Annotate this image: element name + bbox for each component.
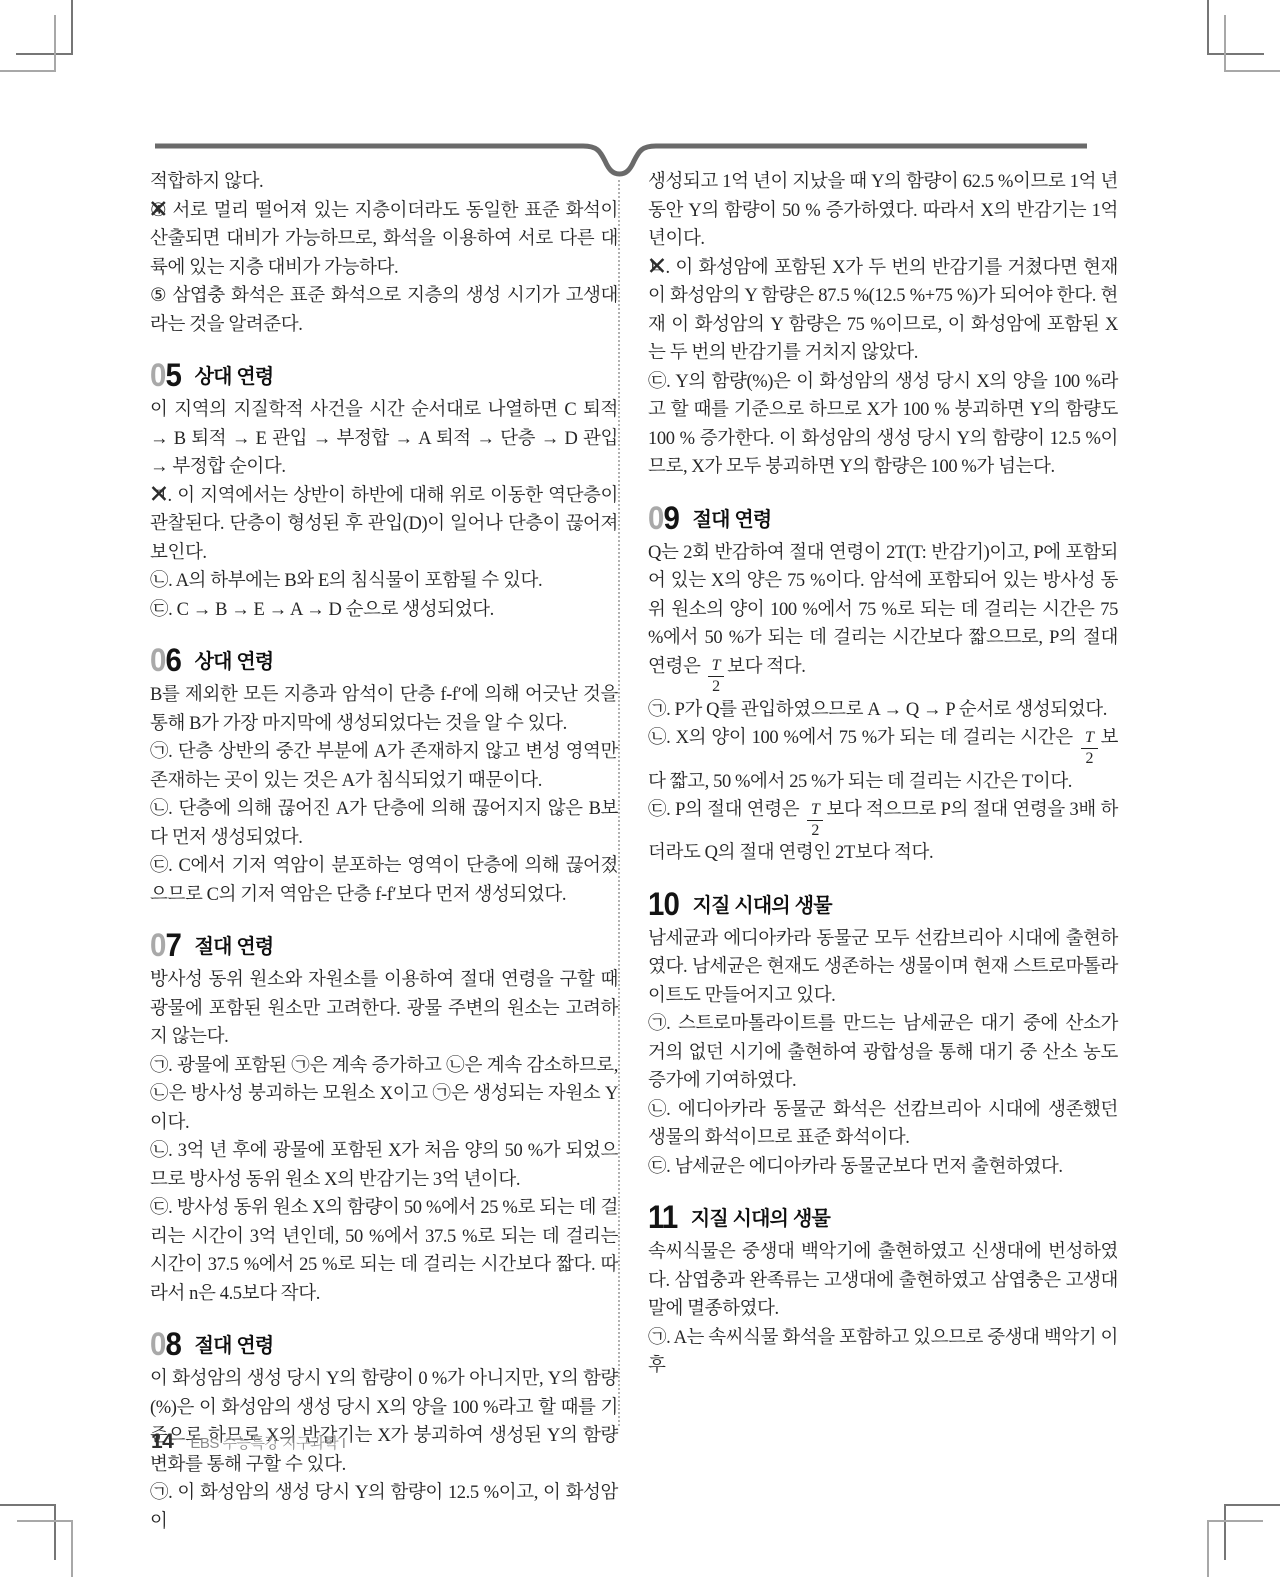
answer-marker: ㉢ [150, 596, 168, 625]
paragraph: B를 제외한 모든 지층과 암석이 단층 f-f′에 의해 어긋난 것을 통해 … [150, 681, 618, 738]
answer-item: ㉢. P의 절대 연령은 T2보다 적으므로 P의 절대 연령을 3배 하더라도… [648, 796, 1118, 868]
section-number: 08 [150, 1330, 181, 1358]
answer-item: ㉡. 3억 년 후에 광물에 포함된 X가 처음 양의 50 %가 되었으므로 … [150, 1137, 618, 1194]
answer-item: ㉠. 스트로마톨라이트를 만드는 남세균은 대기 중에 산소가 거의 없던 시기… [648, 1010, 1118, 1096]
book-title: EBS 수능특강 지구과학 I [190, 1432, 345, 1453]
answer-item: ⑤ 삼엽충 화석은 표준 화석으로 지층의 생성 시기가 고생대라는 것을 알려… [150, 282, 618, 339]
answer-item: ㄱ. 이 지역에서는 상반이 하반에 대해 위로 이동한 역단층이 관찰된다. … [150, 482, 618, 568]
fraction: T2 [1081, 729, 1098, 768]
section-05-header: 05상대 연령 [150, 361, 618, 389]
answer-item: ㉠. A는 속씨식물 화석을 포함하고 있으므로 중생대 백악기 이후 [648, 1324, 1118, 1381]
right-column: 생성되고 1억 년이 지났을 때 Y의 함량이 62.5 %이므로 1억 년 동… [648, 168, 1118, 1381]
answer-marker: ㉢ [150, 1194, 168, 1223]
section-title: 지질 시대의 생물 [691, 1208, 830, 1231]
answer-marker: ㉠ [150, 1052, 168, 1081]
section-10-header: 10지질 시대의 생물 [648, 890, 1118, 918]
section-06-header: 06상대 연령 [150, 646, 618, 674]
column-divider [618, 180, 620, 1426]
answer-marker: ㉡ [150, 795, 168, 824]
page-footer: 14 EBS 수능특강 지구과학 I [151, 1430, 345, 1454]
answer-marker: ㉢ [150, 852, 168, 881]
section-title: 지질 시대의 생물 [693, 895, 832, 918]
paragraph: Q는 2회 반감하여 절대 연령이 2T(T: 반감기)이고, P에 포함되어 … [648, 539, 1118, 696]
workbook-page: 적합하지 않다.④ 서로 멀리 떨어져 있는 지층이더라도 동일한 표준 화석이… [0, 0, 1280, 1577]
answer-item: ㉠. P가 Q를 관입하였으므로 A → Q → P 순서로 생성되었다. [648, 696, 1118, 725]
crossed-out-marker: ㄴ [648, 254, 665, 283]
section-title: 절대 연령 [195, 1335, 274, 1358]
answer-marker: ㉢ [648, 368, 666, 397]
section-number: 10 [648, 890, 679, 918]
section-number: 11 [648, 1203, 677, 1231]
section-08-header: 08절대 연령 [150, 1330, 618, 1358]
fraction: T2 [807, 801, 824, 840]
paragraph: 이 화성암의 생성 당시 Y의 함량이 0 %가 아니지만, Y의 함량(%)은… [150, 1365, 618, 1479]
answer-item: ㉠. 광물에 포함된 ㉠은 계속 증가하고 ㉡은 계속 감소하므로, ㉡은 방사… [150, 1052, 618, 1138]
paragraph: 생성되고 1억 년이 지났을 때 Y의 함량이 62.5 %이므로 1억 년 동… [648, 168, 1118, 254]
answer-marker: ㉡ [648, 1096, 666, 1125]
answer-marker: ㉠ [648, 1324, 666, 1353]
section-title: 절대 연령 [195, 936, 274, 959]
section-09-header: 09절대 연령 [648, 504, 1118, 532]
answer-item: ㉢. C에서 기저 역암이 분포하는 영역이 단층에 의해 끊어졌으므로 C의 … [150, 852, 618, 909]
answer-item: ㉡. 에디아카라 동물군 화석은 선캄브리아 시대에 생존했던 생물의 화석이므… [648, 1096, 1118, 1153]
answer-item: ㄴ. 이 화성암에 포함된 X가 두 번의 반감기를 거쳤다면 현재 이 화성암… [648, 254, 1118, 368]
answer-marker: ㉡ [150, 1137, 168, 1166]
section-title: 상대 연령 [195, 651, 274, 674]
answer-item: ㉢. C → B → E → A → D 순으로 생성되었다. [150, 596, 618, 625]
paragraph: 이 지역의 지질학적 사건을 시간 순서대로 나열하면 C 퇴적 → B 퇴적 … [150, 396, 618, 482]
answer-item: ㉠. 이 화성암의 생성 당시 Y의 함량이 12.5 %이고, 이 화성암이 [150, 1479, 618, 1536]
answer-marker: ⑤ [150, 282, 166, 311]
paragraph: 남세균과 에디아카라 동물군 모두 선캄브리아 시대에 출현하였다. 남세균은 … [648, 925, 1118, 1011]
section-number: 05 [150, 361, 181, 389]
answer-item: ㉡. A의 하부에는 B와 E의 침식물이 포함될 수 있다. [150, 567, 618, 596]
paragraph: 적합하지 않다. [150, 168, 618, 197]
answer-item: ㉢. 남세균은 에디아카라 동물군보다 먼저 출현하였다. [648, 1153, 1118, 1182]
section-number: 09 [648, 504, 679, 532]
answer-item: ㉡. 단층에 의해 끊어진 A가 단층에 의해 끊어지지 않은 B보다 먼저 생… [150, 795, 618, 852]
answer-marker: ㉡ [648, 724, 666, 753]
answer-marker: ㉡ [150, 567, 168, 596]
answer-item: ㉢. Y의 함량(%)은 이 화성암의 생성 당시 X의 양을 100 %라고 … [648, 368, 1118, 482]
paragraph: 속씨식물은 중생대 백악기에 출현하였고 신생대에 번성하였다. 삼엽충과 완족… [648, 1238, 1118, 1324]
section-title: 절대 연령 [693, 509, 772, 532]
answer-marker: ㉠ [648, 1010, 666, 1039]
section-number: 06 [150, 646, 181, 674]
page-number: 14 [151, 1430, 173, 1454]
answer-item: ㉠. 단층 상반의 중간 부분에 A가 존재하지 않고 변성 영역만 존재하는 … [150, 738, 618, 795]
section-11-header: 11지질 시대의 생물 [648, 1203, 1118, 1231]
answer-marker: ㉢ [648, 1153, 666, 1182]
fraction: T2 [708, 657, 725, 696]
section-number: 07 [150, 931, 181, 959]
answer-item: ㉢. 방사성 동위 원소 X의 함량이 50 %에서 25 %로 되는 데 걸리… [150, 1194, 618, 1308]
answer-marker: ㉠ [150, 1479, 168, 1508]
answer-item: ④ 서로 멀리 떨어져 있는 지층이더라도 동일한 표준 화석이 산출되면 대비… [150, 197, 618, 283]
crossed-out-marker: ㄱ [150, 482, 167, 511]
paragraph: 방사성 동위 원소와 자원소를 이용하여 절대 연령을 구할 때 광물에 포함된… [150, 966, 618, 1052]
section-title: 상대 연령 [195, 366, 274, 389]
answer-marker: ㉢ [648, 796, 666, 825]
answer-marker: ㉠ [648, 696, 666, 725]
left-column: 적합하지 않다.④ 서로 멀리 떨어져 있는 지층이더라도 동일한 표준 화석이… [150, 168, 618, 1536]
crossed-out-marker: ④ [150, 197, 166, 226]
section-07-header: 07절대 연령 [150, 931, 618, 959]
answer-marker: ㉠ [150, 738, 168, 767]
answer-item: ㉡. X의 양이 100 %에서 75 %가 되는 데 걸리는 시간은 T2보다… [648, 724, 1118, 796]
